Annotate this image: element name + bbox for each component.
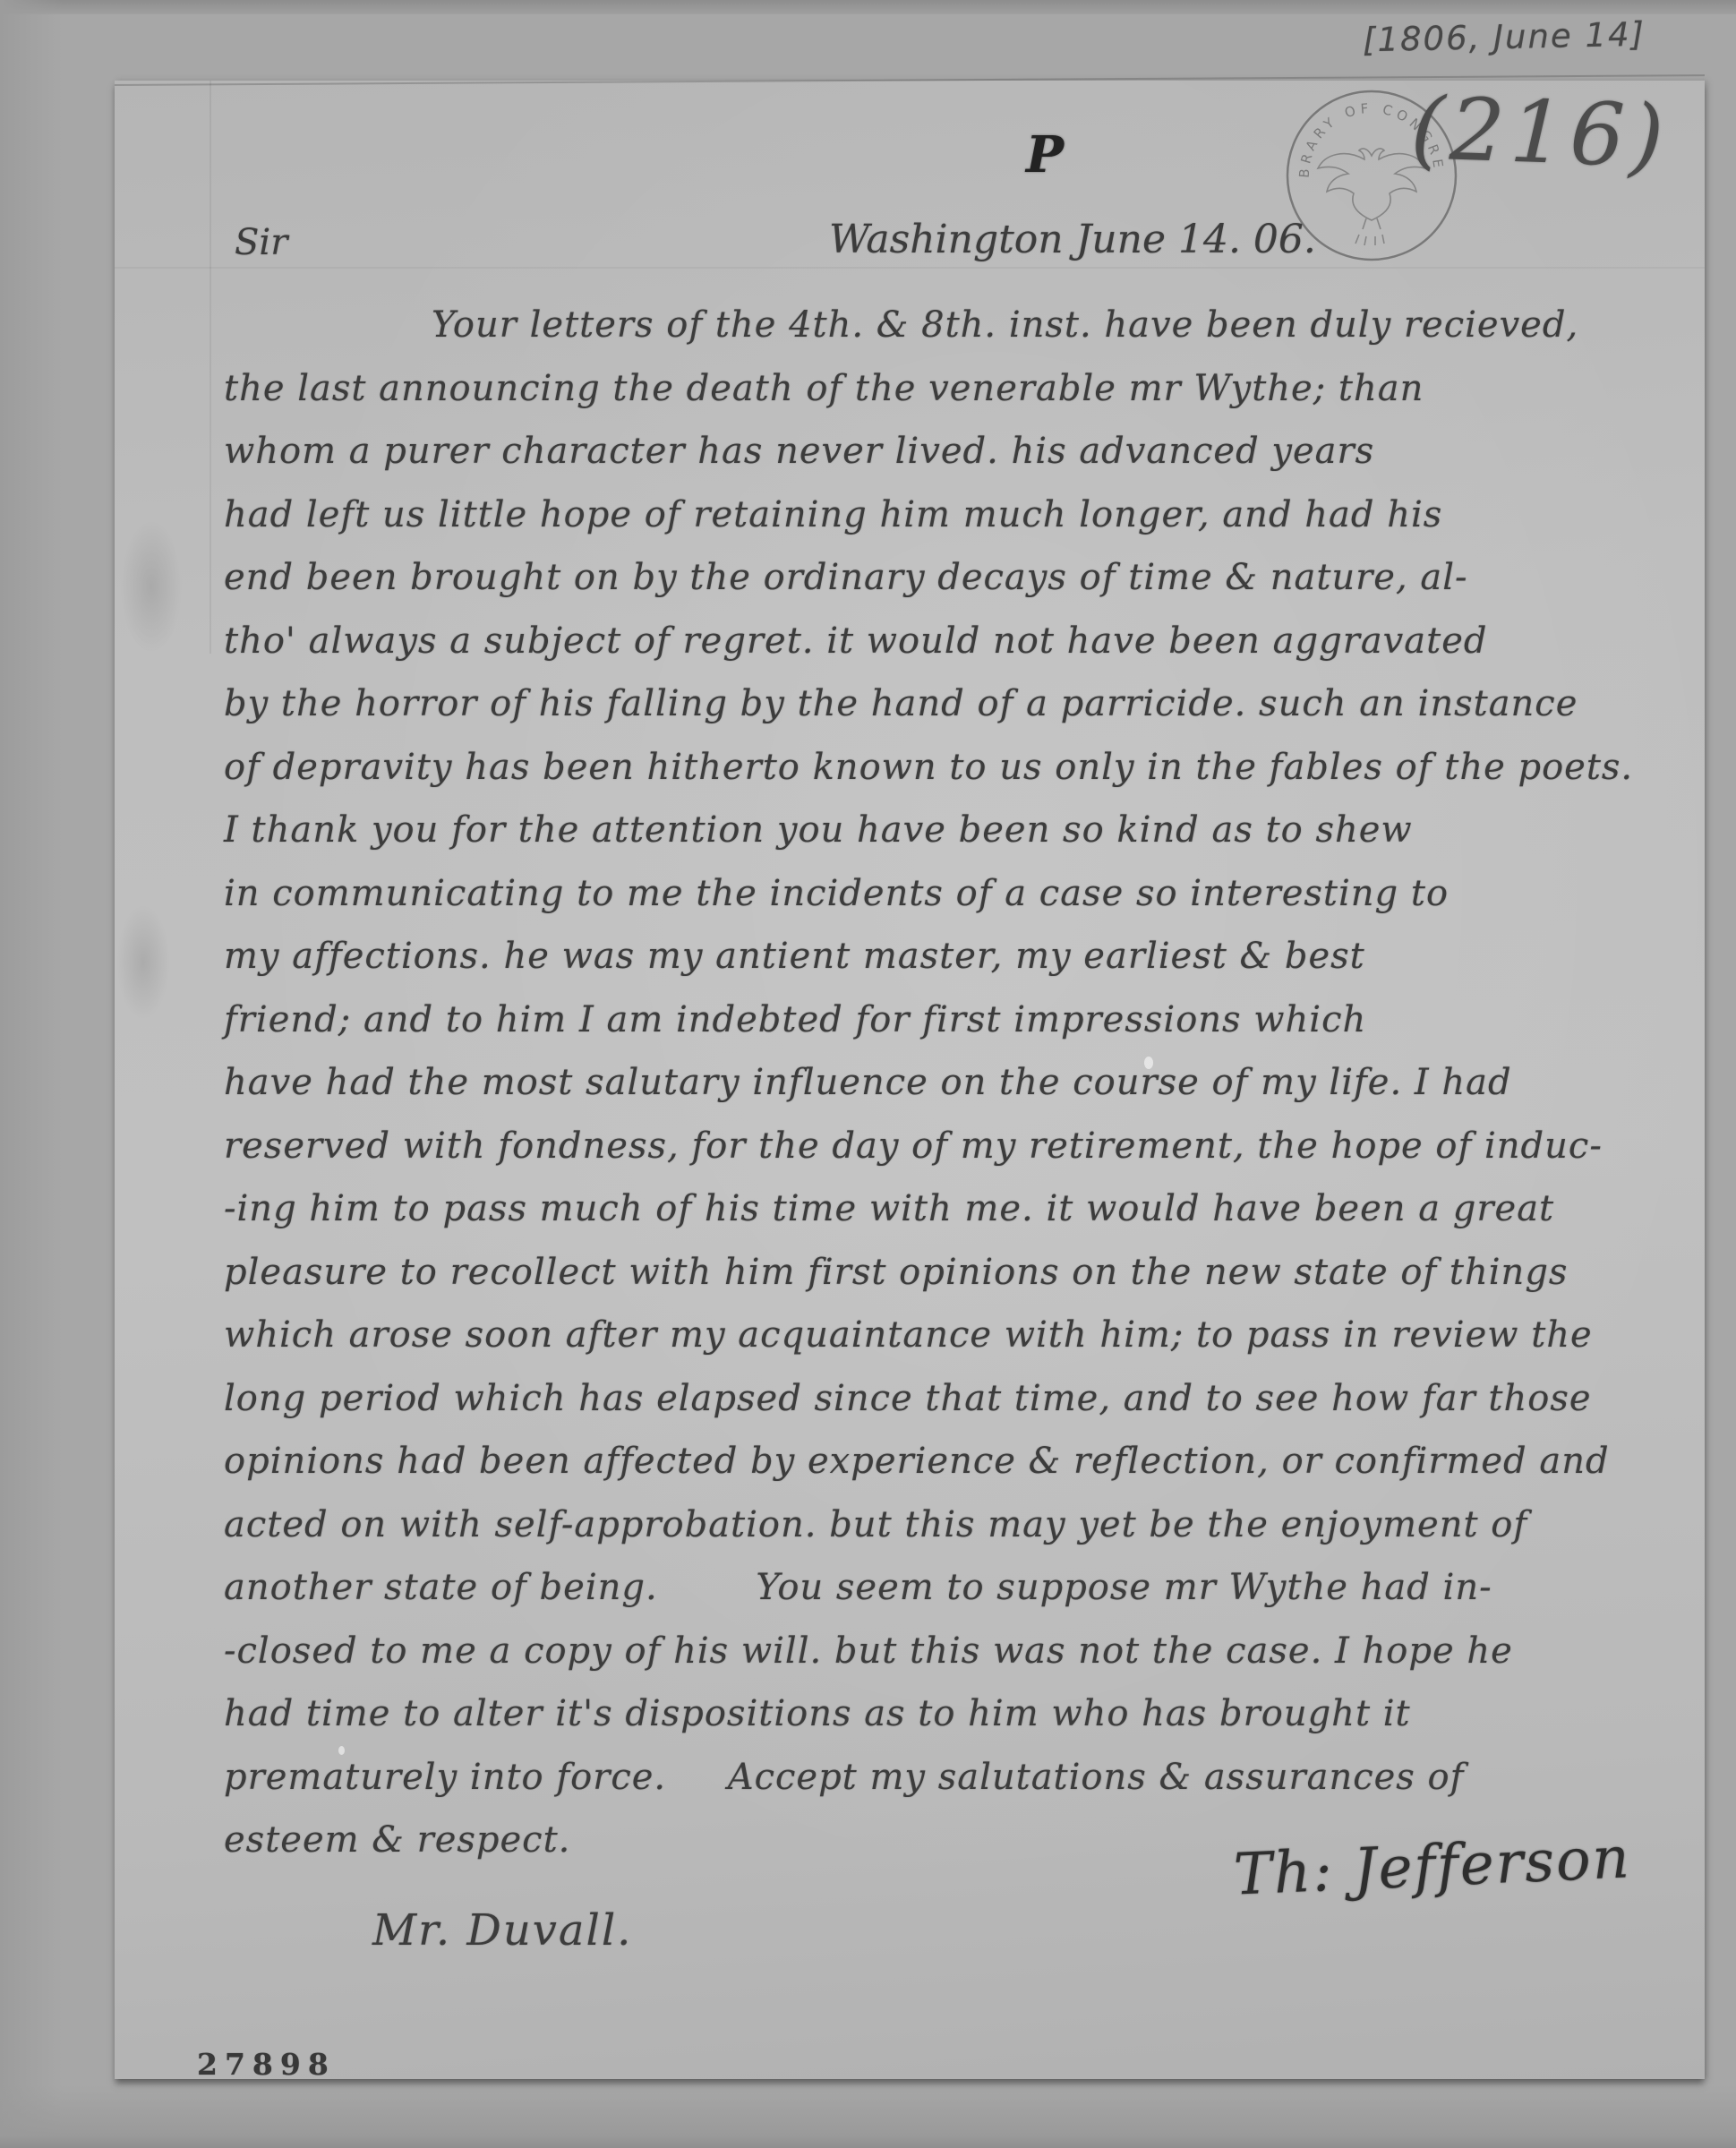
letter-line: had time to alter it's dispositions as t… bbox=[224, 1682, 1710, 1746]
letter-line: end been brought on by the ordinary deca… bbox=[224, 546, 1710, 610]
scan-backing-top bbox=[0, 0, 1736, 14]
letter-line: prematurely into force. Accept my saluta… bbox=[224, 1746, 1710, 1810]
paper-smudge bbox=[120, 519, 183, 654]
letter-line: I thank you for the attention you have b… bbox=[224, 799, 1710, 862]
letter-line: by the horror of his falling by the hand… bbox=[224, 672, 1710, 736]
letter-paper-sheet: P LIBRARY OF CONGRESS (216) Sir Washingt… bbox=[115, 81, 1705, 2079]
scan-backing-bottom bbox=[0, 2085, 1736, 2148]
letter-line: my affections. he was my antient master,… bbox=[224, 925, 1710, 988]
letter-line: which arose soon after my acquaintance w… bbox=[224, 1304, 1710, 1367]
clerk-mark: P bbox=[1026, 125, 1064, 184]
letter-line: in communicating to me the incidents of … bbox=[224, 862, 1710, 926]
folio-number-note: (216) bbox=[1409, 78, 1671, 187]
letter-line: have had the most salutary influence on … bbox=[224, 1051, 1710, 1115]
paper-crease bbox=[210, 81, 211, 654]
letter-line: -closed to me a copy of his will. but th… bbox=[224, 1620, 1710, 1683]
letter-line: had left us little hope of retaining him… bbox=[224, 484, 1710, 547]
paper-crease bbox=[115, 267, 1705, 269]
letter-line: friend; and to him I am indebted for fir… bbox=[224, 988, 1710, 1052]
archival-date-note: [1806, June 14] bbox=[1363, 15, 1646, 60]
scanned-letter-page: [1806, June 14] P LIBRARY OF CONGRESS bbox=[0, 0, 1736, 2148]
letter-line: -ing him to pass much of his time with m… bbox=[224, 1177, 1710, 1241]
salutation: Sir bbox=[235, 222, 287, 263]
letter-line: reserved with fondness, for the day of m… bbox=[224, 1115, 1710, 1178]
letter-line: opinions had been affected by experience… bbox=[224, 1430, 1710, 1493]
letter-line: another state of being. You seem to supp… bbox=[224, 1556, 1710, 1620]
letter-line: of depravity has been hitherto known to … bbox=[224, 736, 1710, 800]
addressee: Mr. Duvall. bbox=[372, 1905, 632, 1955]
letter-line: pleasure to recollect with him first opi… bbox=[224, 1241, 1710, 1305]
paper-smudge bbox=[116, 904, 170, 1021]
letter-line: long period which has elapsed since that… bbox=[224, 1367, 1710, 1431]
letter-line: Your letters of the 4th. & 8th. inst. ha… bbox=[224, 294, 1710, 357]
letter-body: Your letters of the 4th. & 8th. inst. ha… bbox=[224, 294, 1710, 1872]
scan-backing-left bbox=[0, 0, 63, 2148]
letter-line: whom a purer character has never lived. … bbox=[224, 420, 1710, 484]
letter-line: acted on with self-approbation. but this… bbox=[224, 1493, 1710, 1557]
accession-number-stamp: 27898 bbox=[197, 2047, 336, 2082]
letter-line: the last announcing the death of the ven… bbox=[224, 357, 1710, 421]
letter-line: tho' always a subject of regret. it woul… bbox=[224, 610, 1710, 673]
dateline: Washington June 14. 06. bbox=[829, 217, 1316, 262]
